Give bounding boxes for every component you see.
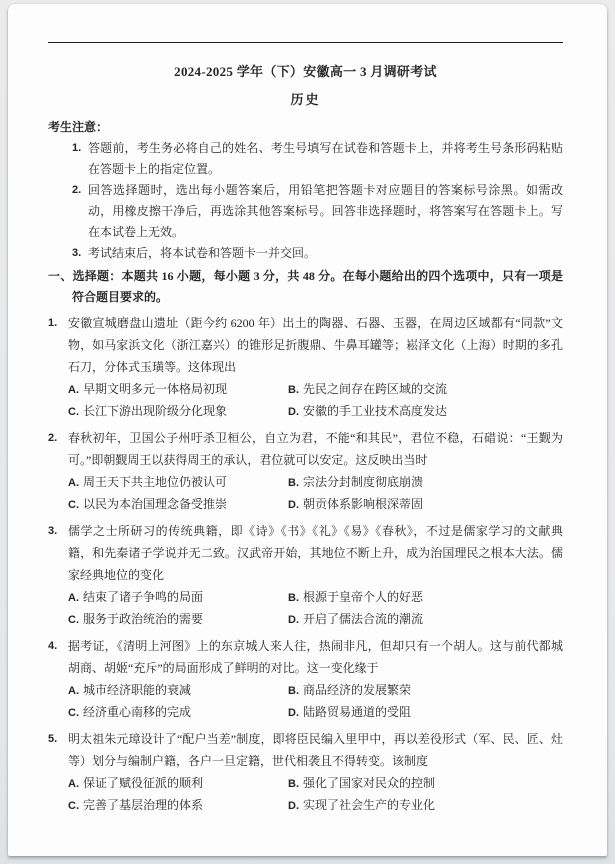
exam-subject: 历史 <box>48 91 563 109</box>
option-text: 实现了社会生产的专业化 <box>303 798 435 812</box>
question-number: 4. <box>48 635 57 657</box>
option-item: A.城市经济职能的衰减 <box>68 680 288 702</box>
option-text: 完善了基层治理的体系 <box>83 798 203 812</box>
option-letter: A. <box>68 685 79 697</box>
option-text: 服务于政治统治的需要 <box>83 612 203 626</box>
option-item: D.实现了社会生产的专业化 <box>288 795 563 817</box>
option-item: C.经济重心南移的完成 <box>68 702 288 724</box>
question-block: 3. 儒学之士所研习的传统典籍，即《诗》《书》《礼》《易》《春秋》，不过是儒家学… <box>48 520 563 631</box>
notice-item-text: 答题前，考生务必将自己的姓名、考生号填写在试卷和答题卡上，并将考生号条形码粘贴在… <box>88 141 563 176</box>
notice-item-text: 回答选择题时，选出每小题答案后，用铅笔把答题卡对应题目的答案标号涂黑。如需改动，… <box>88 183 563 239</box>
option-item: A.周王天下共主地位仍被认可 <box>68 472 288 494</box>
option-letter: B. <box>288 778 299 790</box>
question-stem: 5. 明太祖朱元璋设计了“配户当差”制度，即将臣民编入里甲中，再以差役形式（军、… <box>48 728 563 772</box>
question-stem: 4. 据考证，《清明上河图》上的东京城人来人往，热闹非凡，但却只有一个胡人。这与… <box>48 635 563 679</box>
question-stem: 1. 安徽宣城磨盘山遗址（距今约 6200 年）出土的陶器、石器、玉器，在周边区… <box>48 312 563 378</box>
option-text: 周王天下共主地位仍被认可 <box>83 475 227 489</box>
option-item: A.早期文明多元一体格局初现 <box>68 379 288 401</box>
option-item: D.开启了儒法合流的潮流 <box>288 609 563 631</box>
option-letter: C. <box>68 499 79 511</box>
question-stem-text: 明太祖朱元璋设计了“配户当差”制度，即将臣民编入里甲中，再以差役形式（军、民、匠… <box>68 732 563 768</box>
option-item: D.安徽的手工业技术高度发达 <box>288 401 563 423</box>
option-text: 朝贡体系影响根深蒂固 <box>303 497 423 511</box>
notice-label: 考生注意： <box>48 117 563 138</box>
question-number: 1. <box>48 312 57 334</box>
option-letter: C. <box>68 614 79 626</box>
question-block: 1. 安徽宣城磨盘山遗址（距今约 6200 年）出土的陶器、石器、玉器，在周边区… <box>48 312 563 423</box>
option-item: B.先民之间存在跨区域的交流 <box>288 379 563 401</box>
option-item: C.长江下游出现阶级分化现象 <box>68 401 288 423</box>
option-text: 以民为本治国理念备受推崇 <box>83 497 227 511</box>
exam-title: 2024-2025 学年（下）安徽高一 3 月调研考试 <box>48 63 563 81</box>
exam-paper-photo: { "colors": { "photo_background": "#e4e7… <box>0 0 615 864</box>
notice-item: 2. 回答选择题时，选出每小题答案后，用铅笔把答题卡对应题目的答案标号涂黑。如需… <box>48 180 563 243</box>
question-stem-text: 安徽宣城磨盘山遗址（距今约 6200 年）出土的陶器、石器、玉器，在周边区域都有… <box>68 316 563 374</box>
option-letter: C. <box>68 800 79 812</box>
option-letter: B. <box>288 477 299 489</box>
question-stem-text: 据考证，《清明上河图》上的东京城人来人往，热闹非凡，但却只有一个胡人。这与前代都… <box>68 639 563 675</box>
option-letter: A. <box>68 592 79 604</box>
question-number: 5. <box>48 728 57 750</box>
option-letter: B. <box>288 685 299 697</box>
question-block: 4. 据考证，《清明上河图》上的东京城人来人往，热闹非凡，但却只有一个胡人。这与… <box>48 635 563 724</box>
option-text: 根源于皇帝个人的好恶 <box>303 590 423 604</box>
option-text: 商品经济的发展繁荣 <box>303 683 411 697</box>
option-letter: A. <box>68 778 79 790</box>
question-block: 5. 明太祖朱元璋设计了“配户当差”制度，即将臣民编入里甲中，再以差役形式（军、… <box>48 728 563 817</box>
question-stem: 3. 儒学之士所研习的传统典籍，即《诗》《书》《礼》《易》《春秋》，不过是儒家学… <box>48 520 563 586</box>
option-text: 安徽的手工业技术高度发达 <box>303 404 447 418</box>
option-item: C.完善了基层治理的体系 <box>68 795 288 817</box>
option-letter: D. <box>288 499 299 511</box>
notice-item: 1. 答题前，考生务必将自己的姓名、考生号填写在试卷和答题卡上，并将考生号条形码… <box>48 138 563 180</box>
options-grid: A.结束了诸子争鸣的局面 B.根源于皇帝个人的好恶 C.服务于政治统治的需要 D… <box>68 587 563 631</box>
question-number: 3. <box>48 520 57 542</box>
option-item: C.以民为本治国理念备受推崇 <box>68 494 288 516</box>
paper-sheet: 2024-2025 学年（下）安徽高一 3 月调研考试 历史 考生注意： 1. … <box>8 4 607 856</box>
option-text: 城市经济职能的衰减 <box>83 683 191 697</box>
option-item: B.商品经济的发展繁荣 <box>288 680 563 702</box>
option-letter: A. <box>68 477 79 489</box>
option-item: D.朝贡体系影响根深蒂固 <box>288 494 563 516</box>
option-item: B.强化了国家对民众的控制 <box>288 773 563 795</box>
options-grid: A.保证了赋役征派的顺利 B.强化了国家对民众的控制 C.完善了基层治理的体系 … <box>68 773 563 817</box>
option-item: A.保证了赋役征派的顺利 <box>68 773 288 795</box>
option-letter: D. <box>288 614 299 626</box>
option-item: A.结束了诸子争鸣的局面 <box>68 587 288 609</box>
question-stem-text: 儒学之士所研习的传统典籍，即《诗》《书》《礼》《易》《春秋》，不过是儒家学习的文… <box>68 524 563 582</box>
option-letter: D. <box>288 707 299 719</box>
notice-item-number: 3. <box>72 243 81 264</box>
header-rule <box>48 42 563 43</box>
option-text: 保证了赋役征派的顺利 <box>83 776 203 790</box>
question-block: 2. 春秋初年，卫国公子州吁杀卫桓公，自立为君，不能“和其民”，君位不稳，石碏说… <box>48 427 563 516</box>
notice-item-number: 1. <box>72 138 81 159</box>
option-item: D.陆路贸易通道的受阻 <box>288 702 563 724</box>
option-letter: C. <box>68 406 79 418</box>
options-grid: A.早期文明多元一体格局初现 B.先民之间存在跨区域的交流 C.长江下游出现阶级… <box>68 379 563 423</box>
options-grid: A.城市经济职能的衰减 B.商品经济的发展繁荣 C.经济重心南移的完成 D.陆路… <box>68 680 563 724</box>
option-text: 强化了国家对民众的控制 <box>303 776 435 790</box>
question-stem: 2. 春秋初年，卫国公子州吁杀卫桓公，自立为君，不能“和其民”，君位不稳，石碏说… <box>48 427 563 471</box>
option-text: 开启了儒法合流的潮流 <box>303 612 423 626</box>
question-stem-text: 春秋初年，卫国公子州吁杀卫桓公，自立为君，不能“和其民”，君位不稳，石碏说：“王… <box>68 431 563 467</box>
option-letter: D. <box>288 406 299 418</box>
option-text: 早期文明多元一体格局初现 <box>83 382 227 396</box>
section-heading: 一、选择题：本题共 16 小题，每小题 3 分，共 48 分。在每小题给出的四个… <box>48 266 563 308</box>
option-letter: C. <box>68 707 79 719</box>
option-letter: B. <box>288 384 299 396</box>
question-number: 2. <box>48 427 57 449</box>
option-text: 宗法分封制度彻底崩溃 <box>303 475 423 489</box>
option-text: 结束了诸子争鸣的局面 <box>83 590 203 604</box>
options-grid: A.周王天下共主地位仍被认可 B.宗法分封制度彻底崩溃 C.以民为本治国理念备受… <box>68 472 563 516</box>
option-item: B.根源于皇帝个人的好恶 <box>288 587 563 609</box>
option-text: 经济重心南移的完成 <box>83 705 191 719</box>
option-letter: B. <box>288 592 299 604</box>
option-item: C.服务于政治统治的需要 <box>68 609 288 631</box>
option-text: 先民之间存在跨区域的交流 <box>303 382 447 396</box>
option-item: B.宗法分封制度彻底崩溃 <box>288 472 563 494</box>
notice-item-number: 2. <box>72 180 81 201</box>
option-letter: A. <box>68 384 79 396</box>
notice-item-text: 考试结束后，将本试卷和答题卡一并交回。 <box>88 246 316 260</box>
option-text: 陆路贸易通道的受阻 <box>303 705 411 719</box>
notice-item: 3. 考试结束后，将本试卷和答题卡一并交回。 <box>48 243 563 264</box>
option-text: 长江下游出现阶级分化现象 <box>83 404 227 418</box>
option-letter: D. <box>288 800 299 812</box>
